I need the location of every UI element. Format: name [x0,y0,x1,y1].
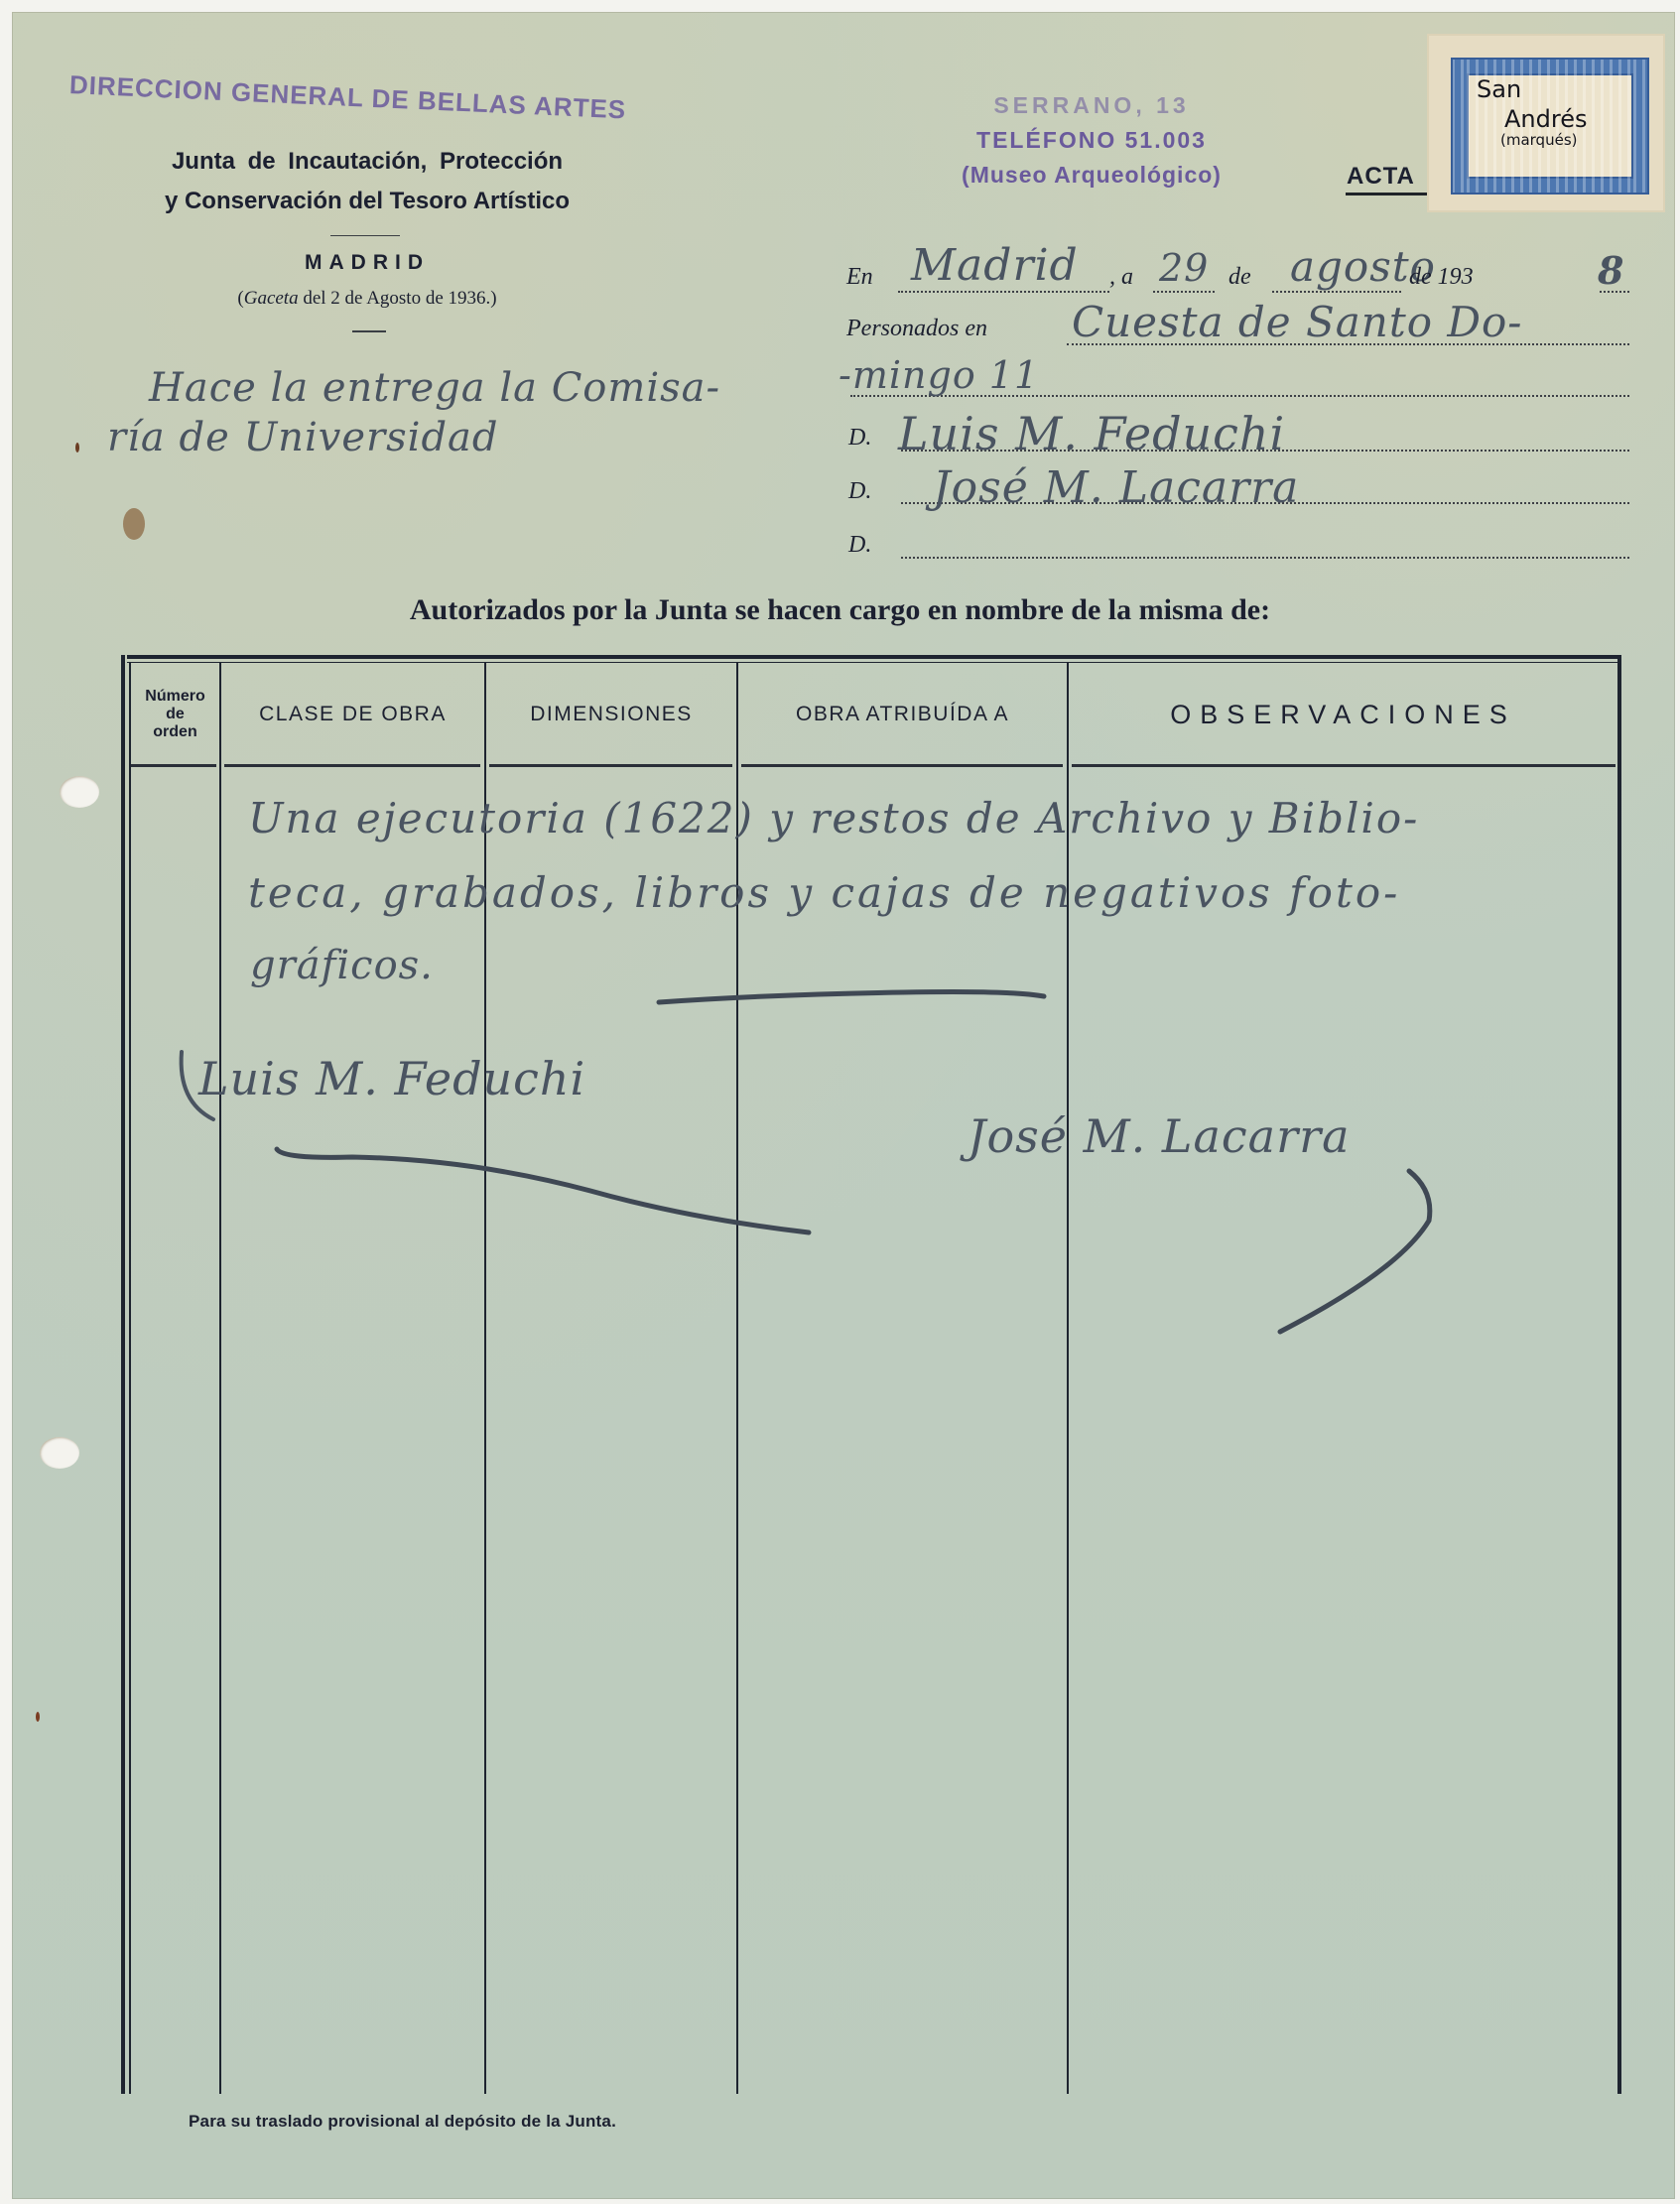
stain-spot [123,508,145,540]
entry-line3: gráficos. [250,943,434,988]
day-field-line [1153,291,1215,293]
personados-label: Personados en [846,316,987,342]
address-stamp-line1: SERRANO, 13 [853,89,1330,121]
person-2-field-value: José M. Lacarra [933,462,1299,513]
section-heading: Autorizados por la Junta se hacen cargo … [0,593,1680,627]
personados-field-value: Cuesta de Santo Do- [1072,298,1522,346]
revenue-stamp-line2: Andrés [1504,107,1587,131]
revenue-stamp-frame: San Andrés (marqués) [1453,60,1647,193]
table-top-border [127,655,1621,659]
year-label: de 193 [1409,264,1474,291]
acta-underline [1346,193,1435,195]
address-stamp-line3: (Museo Arqueológico) [853,159,1330,191]
entry-line1: Una ejecutoria (1622) y restos de Archiv… [248,794,1419,843]
a-label: , a [1109,264,1133,291]
punch-hole-bottom [40,1437,79,1469]
rust-mark [75,443,79,453]
column-header-clase-de-obra: CLASE DE OBRA [221,667,484,762]
signature-feduchi-flourish [174,1042,848,1240]
table-top-border-inner [127,662,1621,663]
header-rule-2 [224,764,480,767]
en-label: En [846,264,873,291]
city-label: MADRID [124,251,610,275]
signature-lacarra: José M. Lacarra [968,1109,1351,1163]
table-left-border-inner [129,663,131,2094]
gaceta-rest: del 2 de Agosto de 1936.) [299,288,497,309]
punch-hole-top [60,776,99,808]
footer-note: Para su traslado provisional al depósito… [189,2112,616,2132]
month-field-line [1272,291,1401,293]
person-1-label: D. [848,425,871,452]
revenue-stamp-text: San Andrés (marqués) [1477,77,1587,148]
column-header-numero-line3: orden [153,723,196,741]
acta-label: ACTA [1347,163,1415,191]
org-name-line2: y Conservación del Tesoro Artístico [124,182,610,221]
header-rule-5 [1072,764,1615,767]
header-divider [330,235,400,236]
place-field-line [898,291,1109,293]
table-left-border [121,655,125,2094]
gaceta-reference: (Gaceta del 2 de Agosto de 1936.) [124,288,610,310]
day-field-value: 29 [1159,246,1209,290]
revenue-stamp: San Andrés (marqués) [1429,36,1663,210]
person-2-label: D. [848,478,871,505]
person-3-field-line [901,557,1629,559]
person-1-field-value: Luis M. Feduchi [898,407,1285,460]
place-field-value: Madrid [911,240,1079,291]
org-name-line1: Junta de Incautación, Protección [124,142,610,182]
entry-line2: teca, grabados, libros y cajas de negati… [248,868,1400,917]
column-header-numero-line2: de [166,706,185,723]
table-right-border [1617,655,1621,2094]
revenue-stamp-line3: (marqués) [1500,133,1587,148]
address-stamp-line2: TELÉFONO 51.003 [853,124,1330,156]
de-label: de [1228,264,1251,291]
gaceta-divider [352,330,386,332]
signature-lacarra-flourish [1260,1161,1459,1360]
entry-end-stroke [655,982,1052,1012]
rust-mark-2 [36,1712,40,1722]
margin-note-line2: ría de Universidad [107,415,499,460]
margin-note-line1: Hace la entrega la Comisa- [149,365,720,411]
column-header-numero-line1: Número [145,688,204,706]
revenue-stamp-line1: San [1477,77,1587,101]
year-field-value: 8 [1598,248,1624,293]
column-header-dimensiones: DIMENSIONES [486,667,736,762]
person-3-label: D. [848,532,871,559]
header-rule-1 [131,764,216,767]
header-rule-3 [489,764,732,767]
personados-field-value-cont: -mingo 11 [839,353,1039,397]
column-header-numero: Número de orden [131,667,219,762]
header-rule-4 [741,764,1063,767]
column-header-obra-atribuida: OBRA ATRIBUÍDA A [738,667,1067,762]
column-header-observaciones: OBSERVACIONES [1069,667,1617,762]
col-divider-1 [219,663,221,2094]
gaceta-italic: Gaceta [244,288,299,309]
